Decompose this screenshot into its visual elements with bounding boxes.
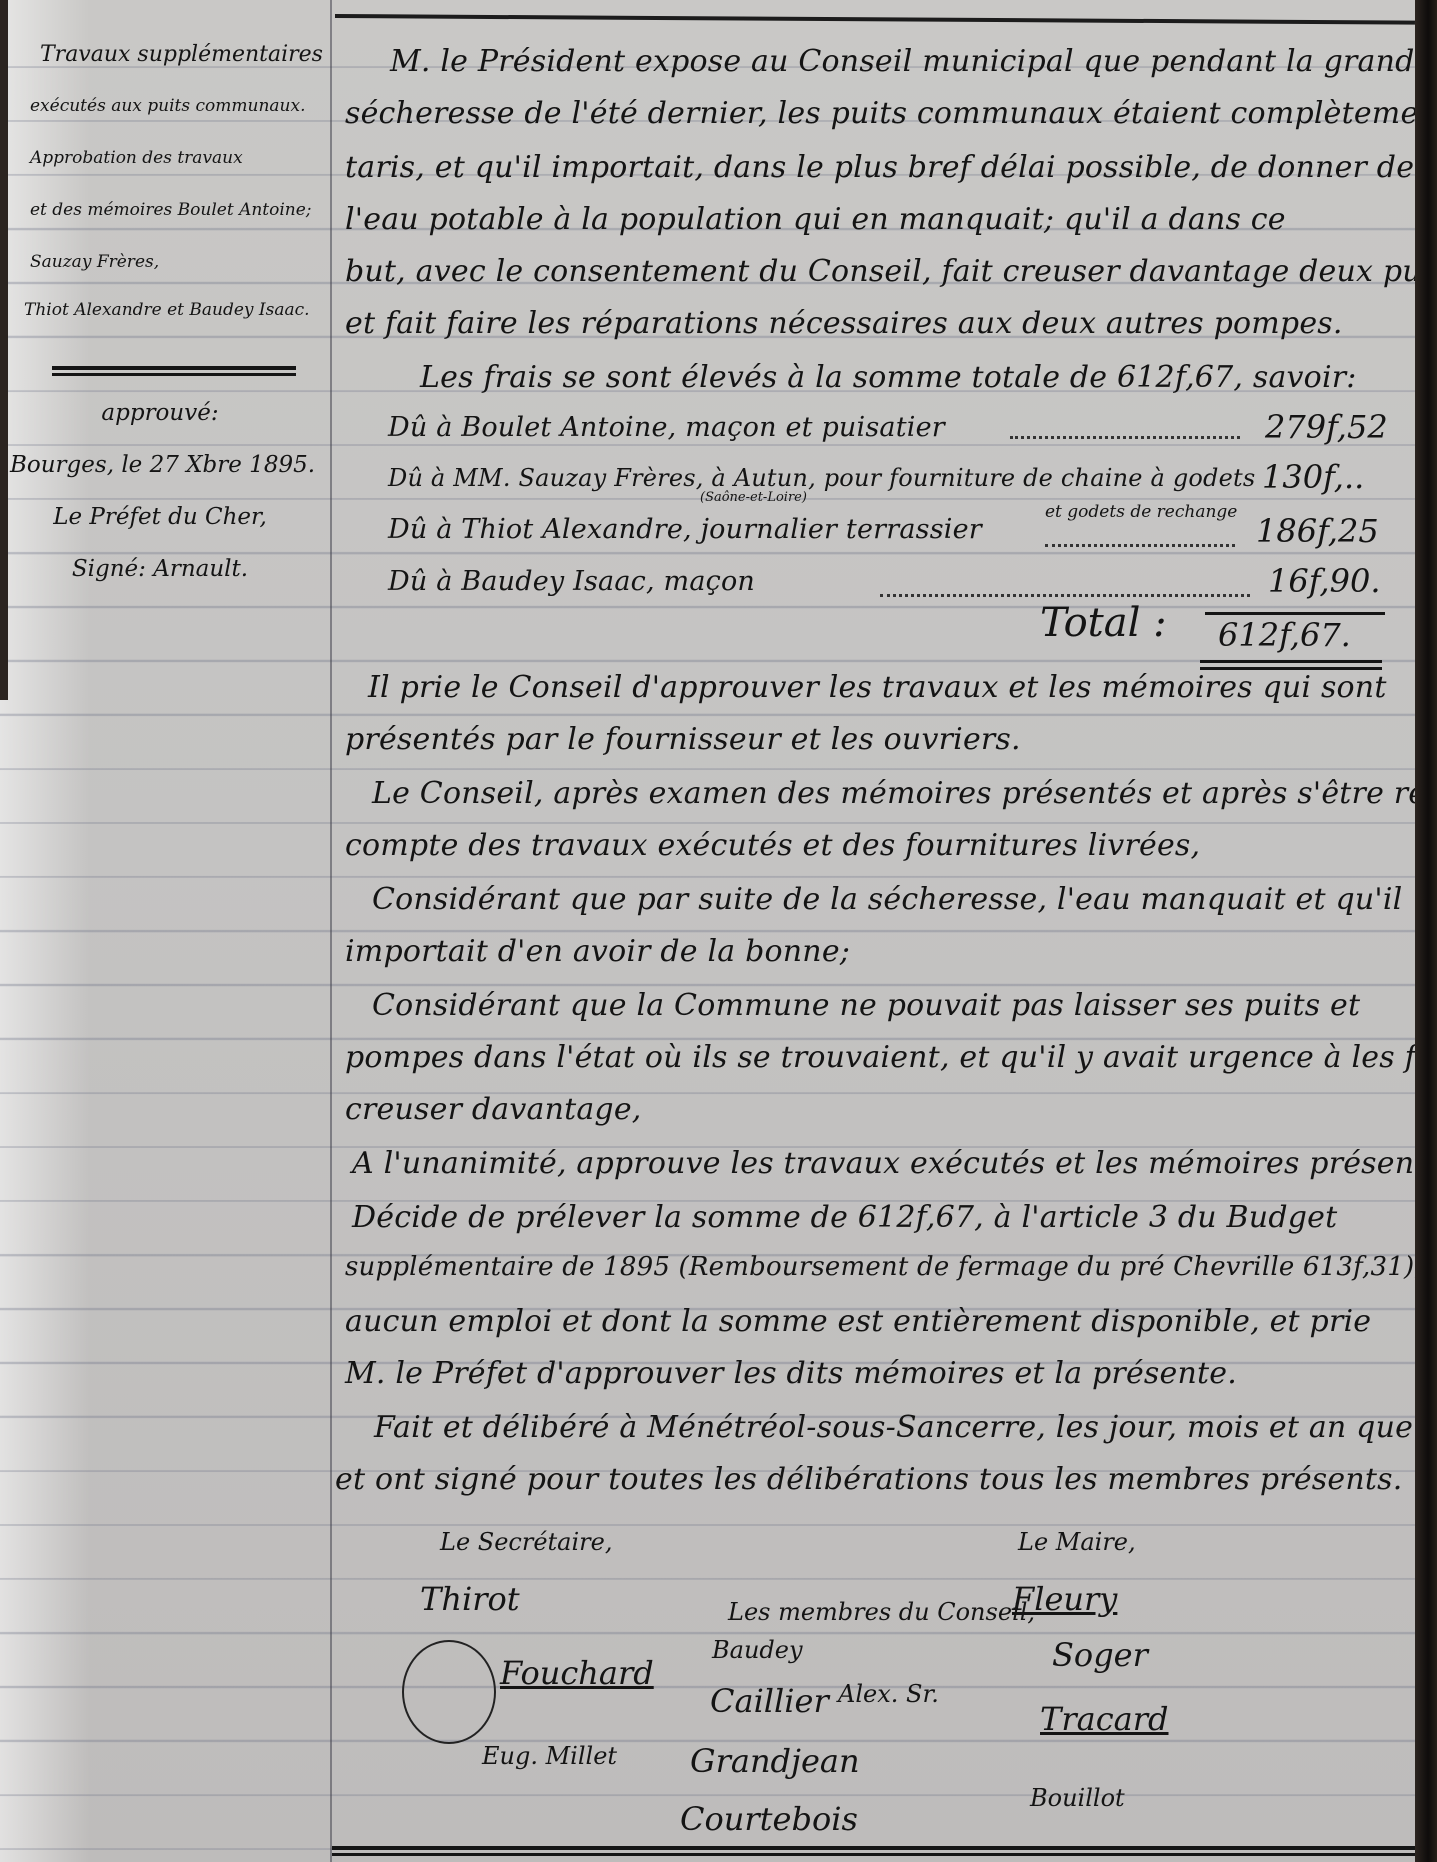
closing-line: Fait et délibéré à Ménétréol-sous-Sancer…: [374, 1410, 1415, 1445]
bottom-double-rule: [332, 1846, 1415, 1856]
cost-label: Dû à Thiot Alexandre, journalier terrass…: [388, 514, 982, 545]
intro-line: l'eau potable à la population qui en man…: [345, 202, 1286, 237]
approval-heading: approuvé:: [10, 400, 310, 426]
cost-note: et godets de rechange: [1045, 502, 1237, 522]
margin-line-4: Sauzay Frères,: [30, 252, 159, 272]
signature: Fleury: [1012, 1580, 1117, 1618]
deliberation-line: compte des travaux exécutés et des fourn…: [345, 828, 1200, 863]
signature: Caillier: [710, 1682, 829, 1720]
signature: Soger: [1052, 1636, 1148, 1674]
deliberation-line: aucun emploi et dont la somme est entièr…: [345, 1304, 1371, 1339]
deliberation-line: importait d'en avoir de la bonne;: [345, 934, 850, 969]
intro-line: taris, et qu'il importait, dans le plus …: [345, 150, 1414, 185]
dotted-leader: [880, 594, 1250, 597]
margin-line-3: et des mémoires Boulet Antoine;: [30, 200, 312, 220]
signature: Thirot: [420, 1580, 520, 1618]
register-binding: [1415, 0, 1437, 1862]
dotted-leader: [1045, 544, 1235, 547]
cost-amount: 16f,90.: [1268, 562, 1380, 600]
top-divider-rule: [335, 14, 1415, 25]
signature: Bouillot: [1030, 1784, 1125, 1812]
costs-intro: Les frais se sont élevés à la somme tota…: [420, 360, 1357, 395]
signature: Alex. Sr.: [838, 1680, 939, 1708]
dotted-leader: [1010, 436, 1240, 439]
secretary-label: Le Secrétaire,: [440, 1528, 612, 1556]
total-amount: 612f,67.: [1218, 616, 1351, 654]
request-line: Il prie le Conseil d'approuver les trava…: [368, 670, 1387, 705]
approval-place-date: Bourges, le 27 Xbre 1895.: [10, 452, 310, 478]
signature: Tracard: [1040, 1700, 1169, 1738]
cost-amount: 130f,..: [1262, 458, 1364, 496]
intro-line: et fait faire les réparations nécessaire…: [345, 306, 1343, 341]
cost-amount: 186f,25: [1256, 512, 1379, 550]
deliberation-line: pompes dans l'état où ils se trouvaient,…: [345, 1040, 1415, 1075]
signature-flourish: [402, 1640, 496, 1744]
approval-signed: Signé: Arnault.: [10, 556, 310, 582]
intro-line: M. le Président expose au Conseil munici…: [390, 44, 1415, 79]
margin-title: Travaux supplémentaires: [40, 42, 323, 67]
register-page: Travaux supplémentaires exécutés aux pui…: [0, 0, 1415, 1862]
margin-double-rule: [52, 366, 296, 376]
signature: Eug. Millet: [482, 1742, 617, 1770]
cost-label: Dû à MM. Sauzay Frères, à Autun, pour fo…: [388, 464, 1255, 492]
signature: Fouchard: [500, 1654, 654, 1692]
signature: Grandjean: [690, 1742, 860, 1780]
deliberation-line: M. le Préfet d'approuver les dits mémoir…: [345, 1356, 1237, 1391]
members-label: Les membres du Conseil,: [728, 1598, 1035, 1626]
approval-office: Le Préfet du Cher,: [10, 504, 310, 530]
intro-line: but, avec le consentement du Conseil, fa…: [345, 254, 1415, 289]
total-bottom-rule: [1200, 660, 1382, 663]
closing-line: et ont signé pour toutes les délibératio…: [335, 1462, 1402, 1497]
margin-line-1: exécutés aux puits communaux.: [30, 96, 305, 116]
mayor-label: Le Maire,: [1018, 1528, 1136, 1556]
deliberation-line: A l'unanimité, approuve les travaux exéc…: [352, 1146, 1415, 1181]
deliberation-line: Considérant que la Commune ne pouvait pa…: [372, 988, 1360, 1023]
intro-line: sécheresse de l'été dernier, les puits c…: [345, 96, 1415, 131]
total-label: Total :: [1040, 600, 1167, 646]
deliberation-line: Le Conseil, après examen des mémoires pr…: [372, 776, 1415, 811]
request-line: présentés par le fournisseur et les ouvr…: [345, 722, 1021, 757]
signature: Baudey: [712, 1636, 803, 1664]
deliberation-line: creuser davantage,: [345, 1092, 642, 1127]
cost-note: (Saône-et-Loire): [700, 490, 807, 505]
total-top-rule: [1205, 612, 1385, 615]
page-edge: [0, 0, 8, 700]
margin-line-2: Approbation des travaux: [30, 148, 243, 168]
margin-line-5: Thiot Alexandre et Baudey Isaac.: [24, 300, 310, 320]
margin-line: [330, 0, 332, 1862]
signature: Courtebois: [680, 1800, 858, 1838]
cost-amount: 279f,52: [1265, 408, 1388, 446]
deliberation-line: Considérant que par suite de la sécheres…: [372, 882, 1402, 917]
deliberation-line: supplémentaire de 1895 (Remboursement de…: [345, 1252, 1415, 1282]
cost-label: Dû à Baudey Isaac, maçon: [388, 566, 755, 597]
cost-label: Dû à Boulet Antoine, maçon et puisatier: [388, 412, 945, 443]
deliberation-line: Décide de prélever la somme de 612f,67, …: [352, 1200, 1337, 1235]
